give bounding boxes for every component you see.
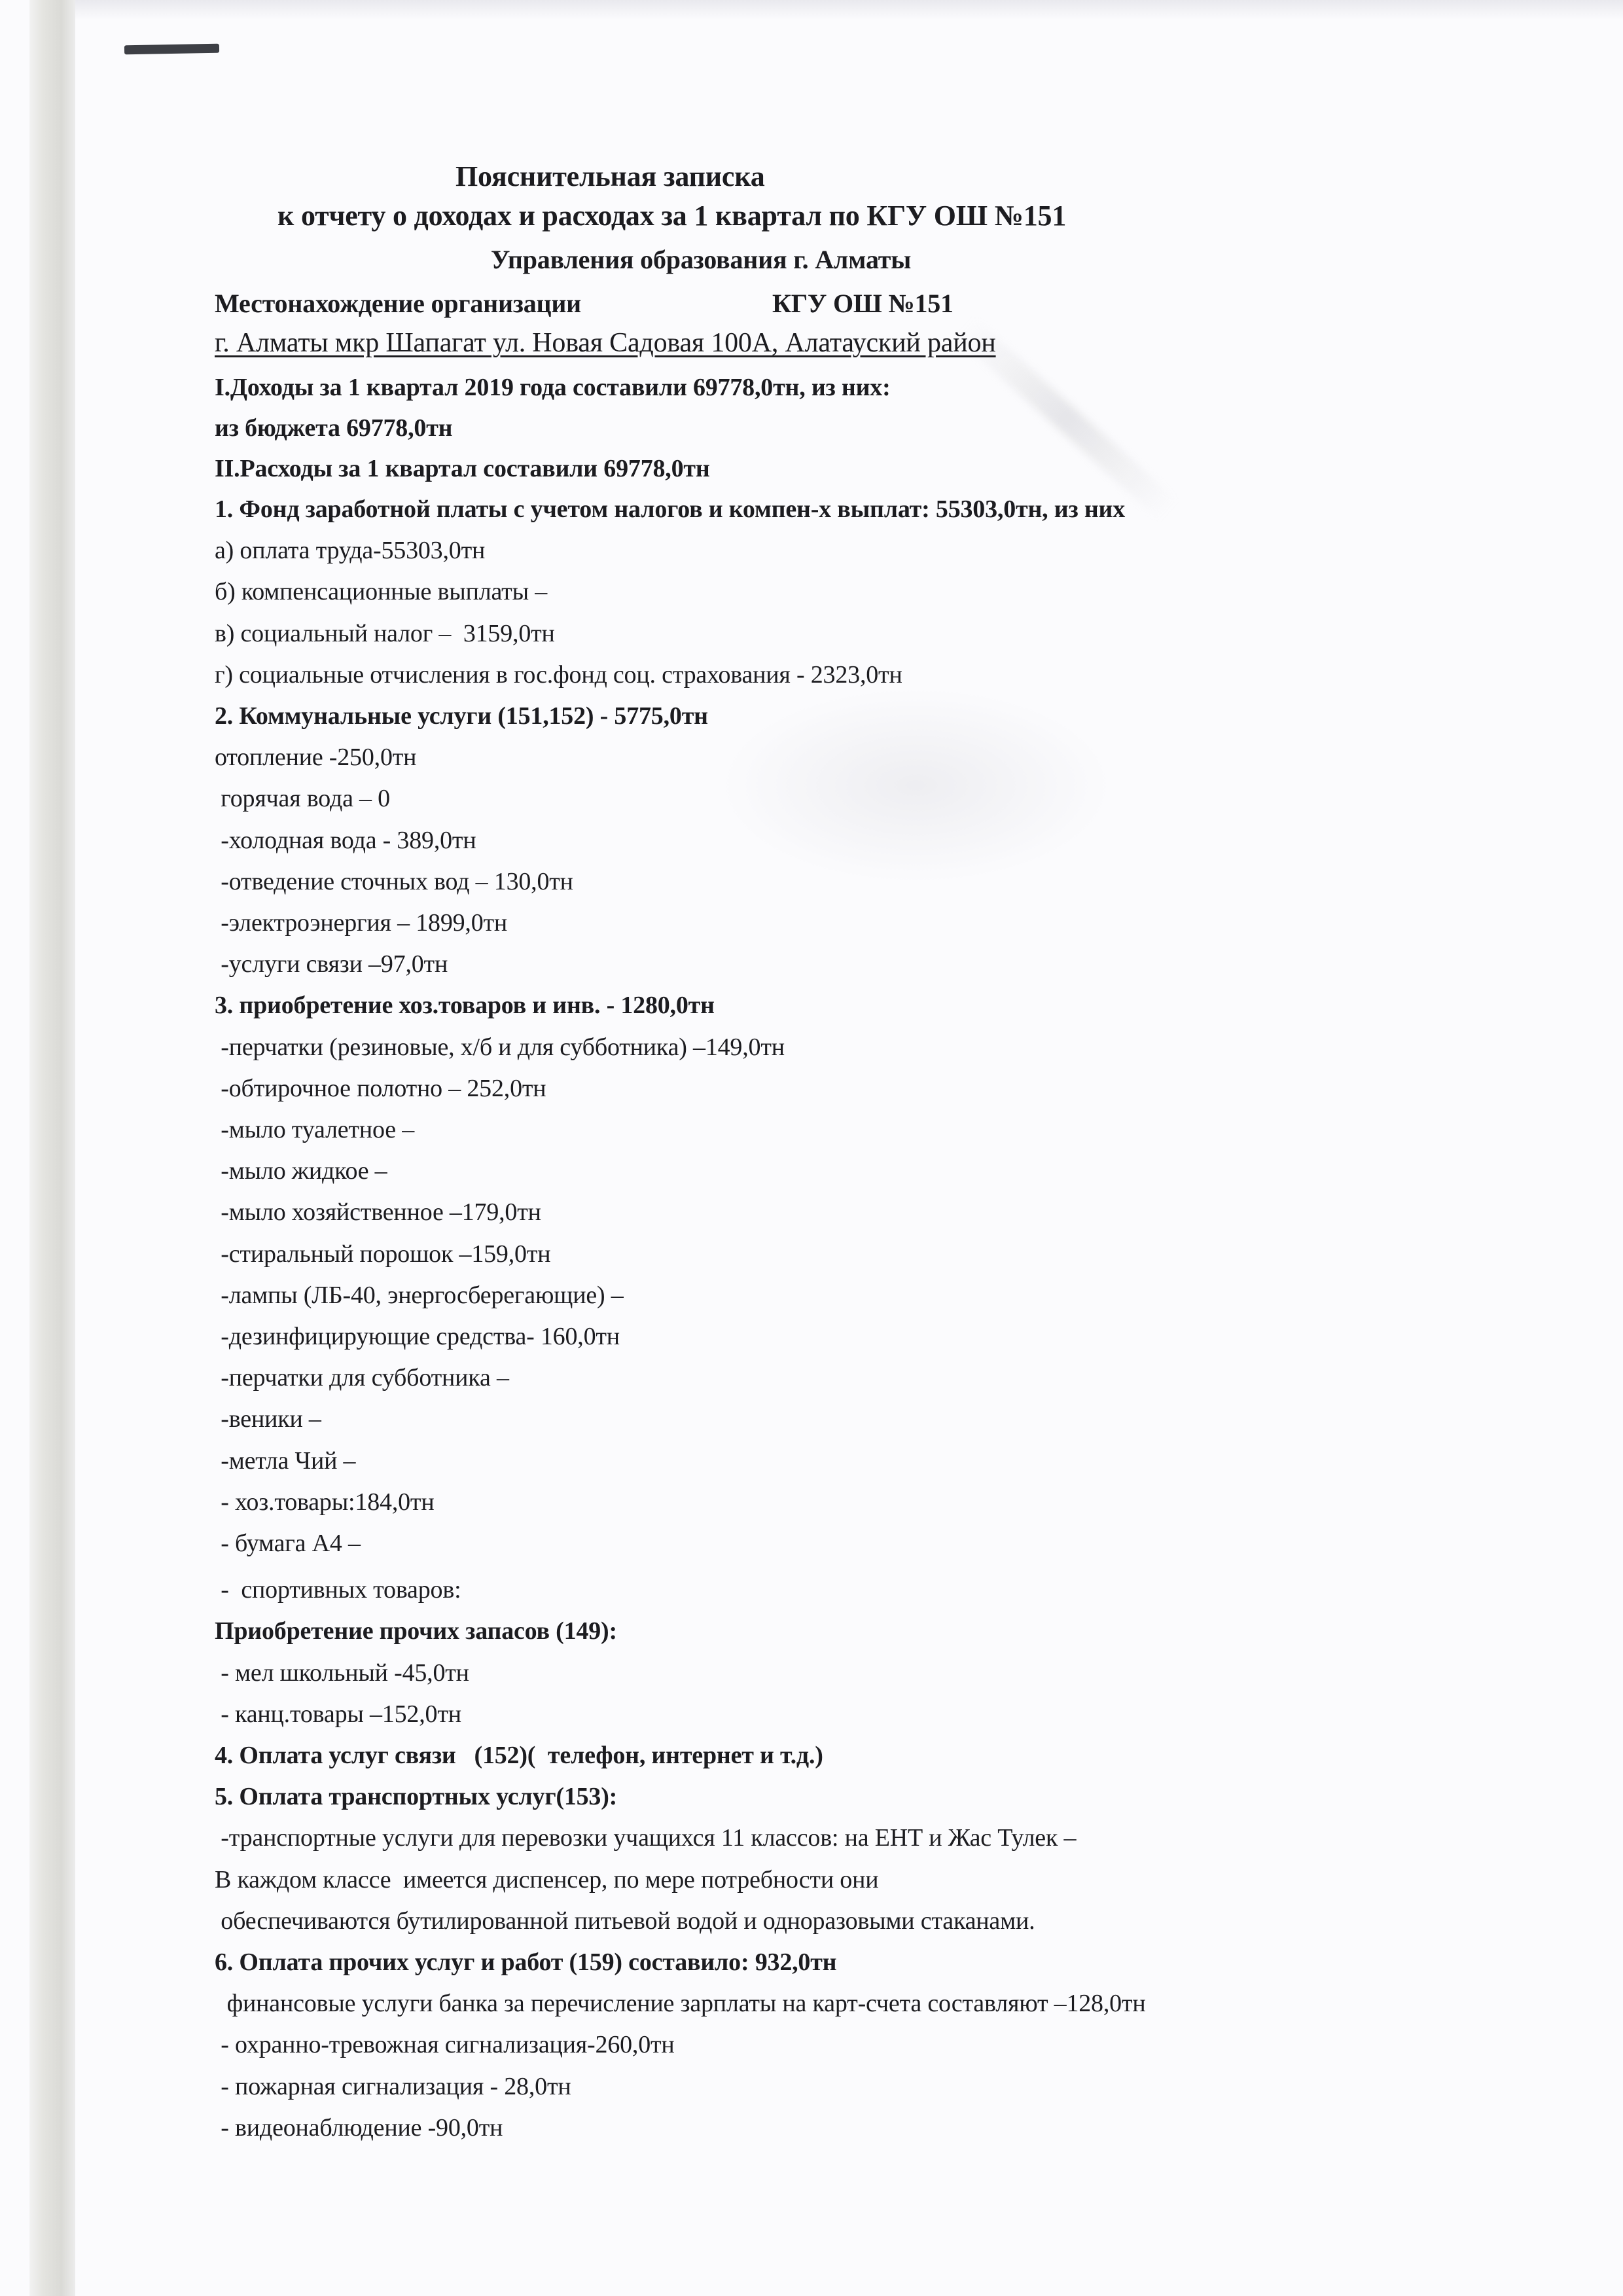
section-heading: 4. Оплата услуг связи (152)( телефон, ин…: [215, 1740, 823, 1771]
section-heading: 2. Коммунальные услуги (151,152) - 5775,…: [215, 700, 708, 732]
income-from-budget: из бюджета 69778,0тн: [215, 412, 452, 444]
document-title: Пояснительная записка: [455, 161, 765, 192]
section-item: в) социальный налог – 3159,0тн: [215, 618, 555, 649]
pen-mark: [124, 44, 219, 55]
section-item: -транспортные услуги для перевозки учащи…: [215, 1822, 1076, 1854]
location-label: Местонахождение организации: [215, 288, 581, 319]
section-item: - канц.товары –152,0тн: [215, 1698, 461, 1730]
section-heading: Приобретение прочих запасов (149):: [215, 1615, 617, 1647]
address: г. Алматы мкр Шапагат ул. Новая Садовая …: [215, 327, 996, 359]
section-item: - бумага А4 –: [215, 1528, 361, 1559]
section-item: - спортивных товаров:: [215, 1574, 461, 1605]
section-item: -мыло жидкое –: [215, 1155, 387, 1187]
scan-edge-shadow: [29, 0, 75, 2296]
section-heading: 5. Оплата транспортных услуг(153):: [215, 1781, 617, 1812]
section-item: -перчатки для субботника –: [215, 1362, 509, 1393]
section-item: -веники –: [215, 1403, 321, 1435]
document-subtitle: к отчету о доходах и расходах за 1 кварт…: [277, 200, 1066, 232]
section-item: горячая вода – 0: [215, 783, 390, 814]
scan-top-shadow: [75, 0, 1623, 20]
section-item: - мел школьный -45,0тн: [215, 1657, 469, 1689]
section-item: - видеонаблюдение -90,0тн: [215, 2112, 503, 2144]
section-item: -перчатки (резиновые, х/б и для субботни…: [215, 1031, 785, 1063]
department: Управления образования г. Алматы: [491, 244, 911, 276]
section-item: - пожарная сигнализация - 28,0тн: [215, 2071, 571, 2102]
section-item: -метла Чий –: [215, 1445, 355, 1477]
section-item: В каждом классе имеется диспенсер, по ме…: [215, 1864, 878, 1895]
section-item: - охранно-тревожная сигнализация-260,0тн: [215, 2029, 675, 2060]
section-item: -обтирочное полотно – 252,0тн: [215, 1073, 546, 1104]
section-item: -мыло хозяйственное –179,0тн: [215, 1196, 541, 1228]
organization-name: КГУ ОШ №151: [772, 288, 954, 319]
section-item: г) социальные отчисления в гос.фонд соц.…: [215, 659, 902, 691]
section-item: -услуги связи –97,0тн: [215, 948, 448, 980]
section-item: б) компенсационные выплаты –: [215, 576, 547, 607]
section-heading: 6. Оплата прочих услуг и работ (159) сос…: [215, 1946, 836, 1978]
section-item: а) оплата труда-55303,0тн: [215, 535, 485, 566]
section-item: обеспечиваются бутилированной питьевой в…: [215, 1905, 1035, 1937]
section-item: -холодная вода - 389,0тн: [215, 825, 476, 856]
expenses-heading: II.Расходы за 1 квартал составили 69778,…: [215, 453, 710, 484]
bleed-through-stain: [720, 687, 1113, 884]
section-item: -мыло туалетное –: [215, 1114, 414, 1145]
section-item: финансовые услуги банка за перечисление …: [215, 1988, 1146, 2019]
section-item: -отведение сточных вод – 130,0тн: [215, 866, 573, 897]
section-heading: 1. Фонд заработной платы с учетом налого…: [215, 493, 1125, 525]
section-item: -дезинфицирующие средства- 160,0тн: [215, 1321, 620, 1352]
income-heading: I.Доходы за 1 квартал 2019 года составил…: [215, 372, 891, 403]
section-item: - хоз.товары:184,0тн: [215, 1486, 434, 1518]
section-item: отопление -250,0тн: [215, 742, 416, 773]
section-item: -лампы (ЛБ-40, энергосберегающие) –: [215, 1280, 624, 1311]
section-item: -электроэнергия – 1899,0тн: [215, 907, 507, 939]
section-heading: 3. приобретение хоз.товаров и инв. - 128…: [215, 990, 715, 1021]
section-item: -стиральный порошок –159,0тн: [215, 1238, 550, 1270]
